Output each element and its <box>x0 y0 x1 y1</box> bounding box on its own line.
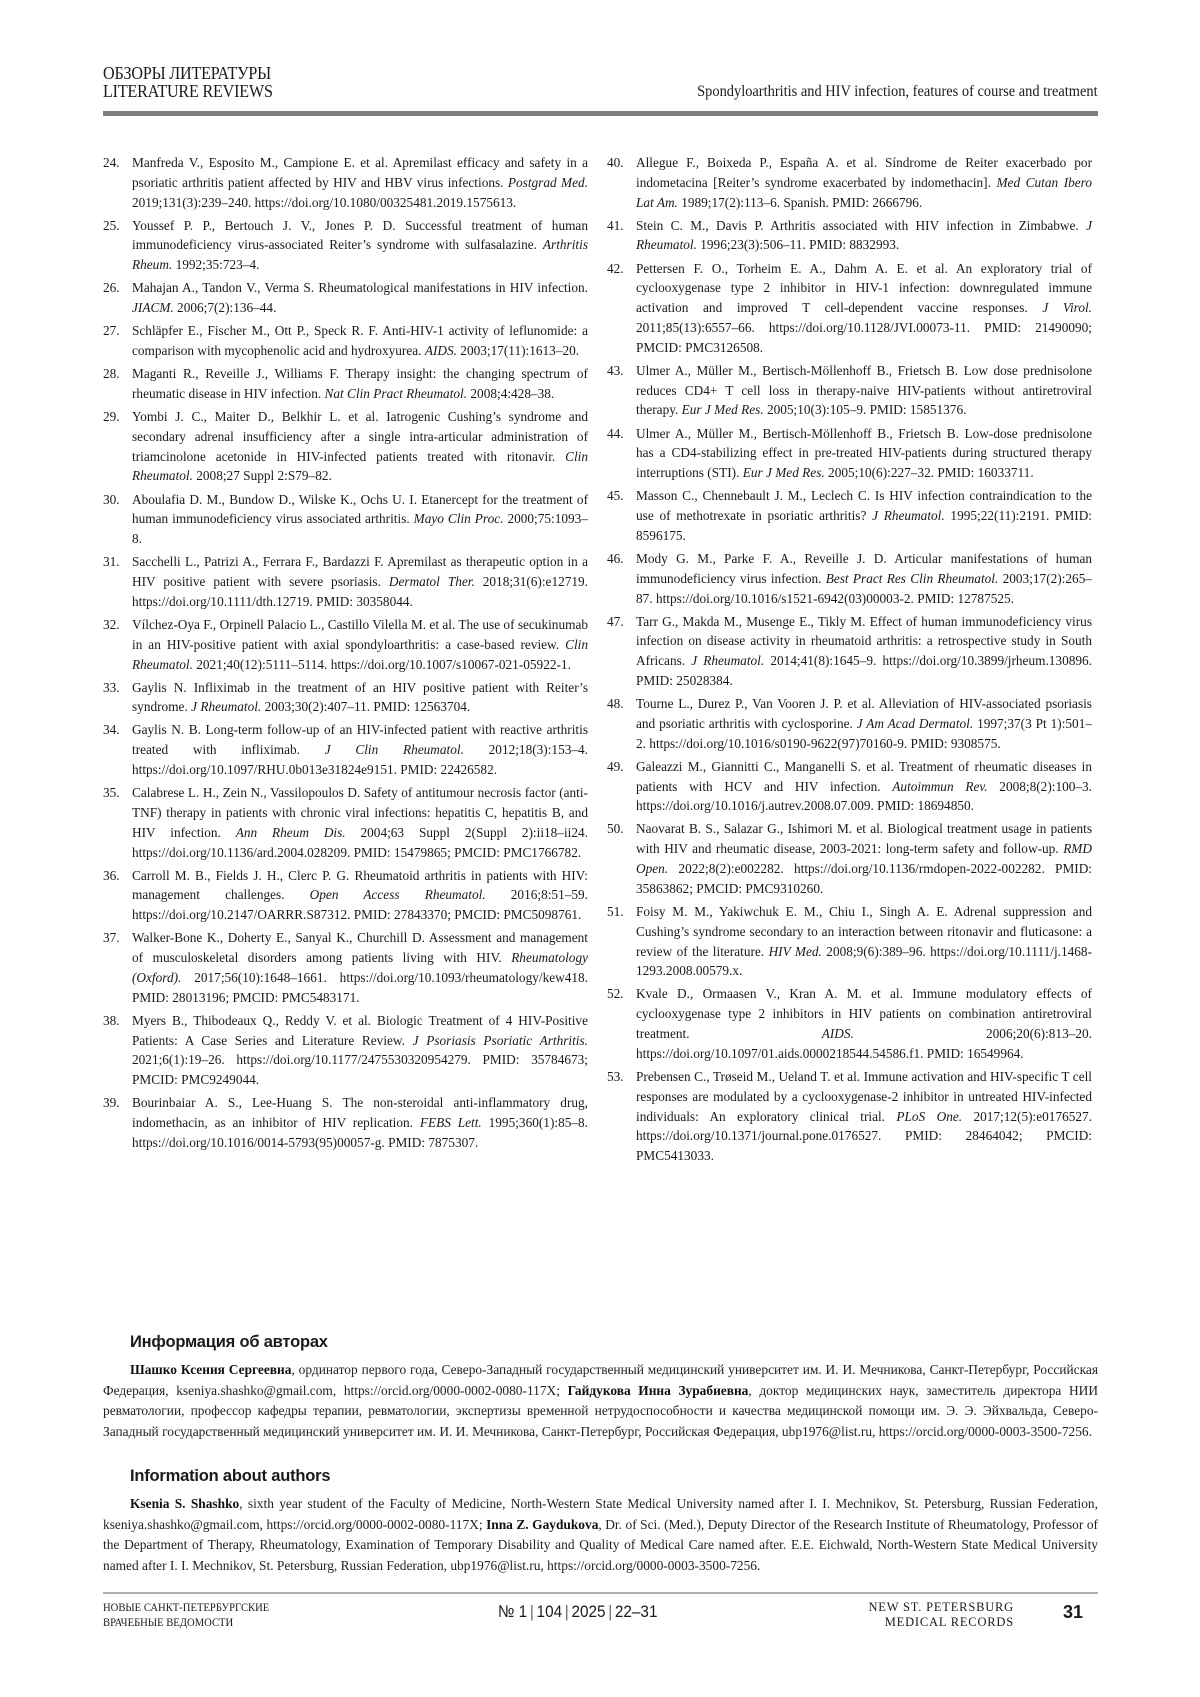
journal-name-ru: НОВЫЕ САНКТ-ПЕТЕРБУРГСКИЕ ВРАЧЕБНЫЕ ВЕДО… <box>103 1600 269 1630</box>
reference-item: 27.Schläpfer E., Fischer M., Ott P., Spe… <box>103 321 588 361</box>
reference-number: 26. <box>103 278 120 298</box>
reference-journal: Mayo Clin Proc. <box>414 511 504 526</box>
reference-item: 30.Aboulafia D. M., Bundow D., Wilske K.… <box>103 490 588 549</box>
reference-journal: Eur J Med Res. <box>743 465 825 480</box>
journal-page: ОБЗОРЫ ЛИТЕРАТУРЫ LITERATURE REVIEWS Spo… <box>0 0 1200 1697</box>
reference-journal: Open Access Rheumatol. <box>310 887 486 902</box>
reference-number: 35. <box>103 783 120 803</box>
reference-number: 51. <box>607 902 624 922</box>
reference-details: 2017;56(10):1648–1661. https://doi.org/1… <box>132 970 588 1005</box>
reference-details: 2003;30(2):407–11. PMID: 12563704. <box>261 699 470 714</box>
reference-item: 50.Naovarat B. S., Salazar G., Ishimori … <box>607 819 1092 898</box>
reference-number: 53. <box>607 1067 624 1087</box>
author-info-en-text: Ksenia S. Shashko, sixth year student of… <box>103 1494 1098 1576</box>
reference-number: 52. <box>607 984 624 1004</box>
reference-details: 2003;17(11):1613–20. <box>457 343 579 358</box>
reference-journal: J Clin Rheumatol. <box>325 742 464 757</box>
reference-number: 41. <box>607 216 624 236</box>
author1-name-en: Ksenia S. Shashko <box>130 1496 239 1511</box>
reference-journal: Dermatol Ther. <box>389 574 475 589</box>
reference-details: 2019;131(3):239–240. https://doi.org/10.… <box>132 195 516 210</box>
references-left-column: 24.Manfreda V., Esposito M., Campione E.… <box>103 153 588 1156</box>
reference-journal: J Rheumatol. <box>872 508 945 523</box>
reference-journal: J Am Acad Dermatol. <box>857 716 973 731</box>
journal-name-en-line2: MEDICAL RECORDS <box>868 1615 1014 1630</box>
reference-item: 29.Yombi J. C., Maiter D., Belkhir L. et… <box>103 407 588 486</box>
reference-item: 38.Myers B., Thibodeaux Q., Reddy V. et … <box>103 1011 588 1090</box>
journal-name-en-line1: NEW ST. PETERSBURG <box>868 1600 1014 1615</box>
page-range: 22–31 <box>615 1602 658 1621</box>
separator: | <box>606 1602 615 1621</box>
reference-text: Galeazzi M., Giannitti C., Manganelli S.… <box>636 757 1092 816</box>
reference-item: 46.Mody G. M., Parke F. A., Reveille J. … <box>607 549 1092 608</box>
reference-number: 45. <box>607 486 624 506</box>
reference-details: 2021;40(12):5111–5114. https://doi.org/1… <box>193 657 571 672</box>
reference-text: Youssef P. P., Bertouch J. V., Jones P. … <box>132 216 588 275</box>
reference-journal: Eur J Med Res. <box>682 402 764 417</box>
reference-text: Sacchelli L., Patrizi A., Ferrara F., Ba… <box>132 552 588 611</box>
reference-number: 39. <box>103 1093 120 1113</box>
reference-journal: J Psoriasis Psoriatic Arthritis. <box>413 1033 588 1048</box>
journal-name-en: NEW ST. PETERSBURG MEDICAL RECORDS <box>868 1600 1014 1630</box>
reference-journal: Ann Rheum Dis. <box>236 825 346 840</box>
separator: | <box>527 1602 536 1621</box>
reference-journal: Autoimmun Rev. <box>892 779 987 794</box>
reference-number: 31. <box>103 552 120 572</box>
reference-item: 32.Vílchez-Oya F., Orpinell Palacio L., … <box>103 615 588 674</box>
year: 2025 <box>571 1602 605 1621</box>
author-info-ru-heading: Информация об авторах <box>130 1333 1098 1352</box>
reference-text: Manfreda V., Esposito M., Campione E. et… <box>132 153 588 212</box>
reference-text: Prebensen C., Trøseid M., Ueland T. et a… <box>636 1067 1092 1166</box>
reference-item: 34.Gaylis N. B. Long-term follow-up of a… <box>103 720 588 779</box>
reference-number: 50. <box>607 819 624 839</box>
reference-journal: Best Pract Res Clin Rheumatol. <box>826 571 999 586</box>
page-header: ОБЗОРЫ ЛИТЕРАТУРЫ LITERATURE REVIEWS Spo… <box>103 64 1098 100</box>
reference-text: Vílchez-Oya F., Orpinell Palacio L., Cas… <box>132 615 588 674</box>
reference-text: Bourinbaiar A. S., Lee-Huang S. The non-… <box>132 1093 588 1152</box>
reference-text: Ulmer A., Müller M., Bertisch-Möllenhoff… <box>636 424 1092 483</box>
reference-number: 48. <box>607 694 624 714</box>
reference-journal: AIDS. <box>822 1026 854 1041</box>
reference-details: 2008;27 Suppl 2:S79–82. <box>193 468 332 483</box>
reference-number: 46. <box>607 549 624 569</box>
reference-details: 1996;23(3):506–11. PMID: 8832993. <box>697 237 899 252</box>
reference-details: 1992;35:723–4. <box>172 257 259 272</box>
reference-item: 26.Mahajan A., Tandon V., Verma S. Rheum… <box>103 278 588 318</box>
reference-number: 28. <box>103 364 120 384</box>
reference-details: 2021;6(1):19–26. https://doi.org/10.1177… <box>132 1052 588 1087</box>
reference-number: 47. <box>607 612 624 632</box>
reference-number: 40. <box>607 153 624 173</box>
reference-item: 42.Pettersen F. O., Torheim E. A., Dahm … <box>607 259 1092 358</box>
reference-item: 48.Tourne L., Durez P., Van Vooren J. P.… <box>607 694 1092 753</box>
header-divider <box>103 111 1098 116</box>
reference-text: Pettersen F. O., Torheim E. A., Dahm A. … <box>636 259 1092 358</box>
reference-text: Schläpfer E., Fischer M., Ott P., Speck … <box>132 321 588 361</box>
reference-details: 2011;85(13):6557–66. https://doi.org/10.… <box>636 320 1092 355</box>
reference-text: Aboulafia D. M., Bundow D., Wilske K., O… <box>132 490 588 549</box>
reference-text: Ulmer A., Müller M., Bertisch-Möllenhoff… <box>636 361 1092 420</box>
reference-details: 2022;8(2):e002282. https://doi.org/10.11… <box>636 861 1092 896</box>
reference-citation: Pettersen F. O., Torheim E. A., Dahm A. … <box>636 261 1092 316</box>
reference-text: Tarr G., Makda M., Musenge E., Tikly M. … <box>636 612 1092 691</box>
reference-text: Foisy M. M., Yakiwchuk E. M., Chiu I., S… <box>636 902 1092 981</box>
reference-details: 1989;17(2):113–6. Spanish. PMID: 2666796… <box>678 195 922 210</box>
reference-number: 36. <box>103 866 120 886</box>
journal-name-ru-line2: ВРАЧЕБНЫЕ ВЕДОМОСТИ <box>103 1615 269 1630</box>
reference-citation: Yombi J. C., Maiter D., Belkhir L. et al… <box>132 409 588 464</box>
reference-journal: AIDS. <box>425 343 457 358</box>
reference-item: 36.Carroll M. B., Fields J. H., Clerc P.… <box>103 866 588 925</box>
reference-journal: FEBS Lett. <box>420 1115 482 1130</box>
reference-journal: JIACM. <box>132 300 174 315</box>
reference-text: Walker-Bone K., Doherty E., Sanyal K., C… <box>132 928 588 1007</box>
reference-item: 40.Allegue F., Boixeda P., España A. et … <box>607 153 1092 212</box>
reference-item: 47.Tarr G., Makda M., Musenge E., Tikly … <box>607 612 1092 691</box>
reference-item: 39.Bourinbaiar A. S., Lee-Huang S. The n… <box>103 1093 588 1152</box>
reference-details: 2005;10(3):105–9. PMID: 15851376. <box>764 402 967 417</box>
footer-divider <box>103 1592 1098 1594</box>
reference-text: Maganti R., Reveille J., Williams F. The… <box>132 364 588 404</box>
author2-name-ru: Гайдукова Инна Зурабиевна <box>568 1383 749 1398</box>
reference-text: Gaylis N. Infliximab in the treatment of… <box>132 678 588 718</box>
reference-journal: PLoS One. <box>896 1109 962 1124</box>
reference-text: Mahajan A., Tandon V., Verma S. Rheumato… <box>132 278 588 318</box>
reference-item: 41.Stein C. M., Davis P. Arthritis assoc… <box>607 216 1092 256</box>
reference-text: Mody G. M., Parke F. A., Reveille J. D. … <box>636 549 1092 608</box>
reference-text: Masson C., Chennebault J. M., Leclech C.… <box>636 486 1092 545</box>
reference-number: 37. <box>103 928 120 948</box>
author-info-ru: Информация об авторах Шашко Ксения Серге… <box>103 1333 1098 1442</box>
journal-name-ru-line1: НОВЫЕ САНКТ-ПЕТЕРБУРГСКИЕ <box>103 1600 269 1615</box>
reference-citation: Youssef P. P., Bertouch J. V., Jones P. … <box>132 218 588 253</box>
reference-item: 31.Sacchelli L., Patrizi A., Ferrara F.,… <box>103 552 588 611</box>
author-info-en: Information about authors Ksenia S. Shas… <box>103 1467 1098 1576</box>
reference-details: 2008;4:428–38. <box>467 386 554 401</box>
author-info-ru-text: Шашко Ксения Сергеевна, ординатор первог… <box>103 1360 1098 1442</box>
reference-text: Kvale D., Ormaasen V., Kran A. M. et al.… <box>636 984 1092 1063</box>
author1-name-ru: Шашко Ксения Сергеевна <box>130 1362 291 1377</box>
reference-journal: HIV Med. <box>769 944 822 959</box>
reference-journal: Postgrad Med. <box>508 175 588 190</box>
reference-number: 29. <box>103 407 120 427</box>
reference-text: Yombi J. C., Maiter D., Belkhir L. et al… <box>132 407 588 486</box>
reference-text: Stein C. M., Davis P. Arthritis associat… <box>636 216 1092 256</box>
reference-number: 33. <box>103 678 120 698</box>
reference-number: 43. <box>607 361 624 381</box>
reference-item: 49.Galeazzi M., Giannitti C., Manganelli… <box>607 757 1092 816</box>
reference-item: 51.Foisy M. M., Yakiwchuk E. M., Chiu I.… <box>607 902 1092 981</box>
reference-item: 45.Masson C., Chennebault J. M., Leclech… <box>607 486 1092 545</box>
reference-text: Calabrese L. H., Zein N., Vassilopoulos … <box>132 783 588 862</box>
reference-journal: J Rheumatol. <box>191 699 261 714</box>
reference-text: Naovarat B. S., Salazar G., Ishimori M. … <box>636 819 1092 898</box>
reference-details: 2006;7(2):136–44. <box>174 300 277 315</box>
volume: 104 <box>537 1602 563 1621</box>
reference-item: 43.Ulmer A., Müller M., Bertisch-Möllenh… <box>607 361 1092 420</box>
reference-item: 44.Ulmer A., Müller M., Bertisch-Möllenh… <box>607 424 1092 483</box>
reference-number: 25. <box>103 216 120 236</box>
reference-number: 49. <box>607 757 624 777</box>
page-number: 31 <box>1063 1602 1083 1623</box>
reference-journal: Nat Clin Pract Rheumatol. <box>325 386 468 401</box>
author2-name-en: Inna Z. Gaydukova <box>486 1517 598 1532</box>
reference-citation: Naovarat B. S., Salazar G., Ishimori M. … <box>636 821 1092 856</box>
reference-item: 53.Prebensen C., Trøseid M., Ueland T. e… <box>607 1067 1092 1166</box>
author-info-en-heading: Information about authors <box>130 1467 1098 1486</box>
running-title: Spondyloarthritis and HIV infection, fea… <box>698 83 1098 101</box>
reference-item: 24.Manfreda V., Esposito M., Campione E.… <box>103 153 588 212</box>
reference-number: 32. <box>103 615 120 635</box>
reference-journal: J Virol. <box>1042 300 1092 315</box>
reference-number: 38. <box>103 1011 120 1031</box>
reference-number: 34. <box>103 720 120 740</box>
section-title-ru: ОБЗОРЫ ЛИТЕРАТУРЫ <box>103 64 1018 82</box>
reference-citation: Vílchez-Oya F., Orpinell Palacio L., Cas… <box>132 617 588 652</box>
issue-number: № 1 <box>498 1602 527 1621</box>
reference-item: 25.Youssef P. P., Bertouch J. V., Jones … <box>103 216 588 275</box>
reference-text: Carroll M. B., Fields J. H., Clerc P. G.… <box>132 866 588 925</box>
reference-item: 28.Maganti R., Reveille J., Williams F. … <box>103 364 588 404</box>
reference-number: 30. <box>103 490 120 510</box>
reference-text: Myers B., Thibodeaux Q., Reddy V. et al.… <box>132 1011 588 1090</box>
reference-details: 2005;10(6):227–32. PMID: 16033711. <box>825 465 1034 480</box>
reference-text: Allegue F., Boixeda P., España A. et al.… <box>636 153 1092 212</box>
separator: | <box>562 1602 571 1621</box>
reference-number: 27. <box>103 321 120 341</box>
reference-number: 44. <box>607 424 624 444</box>
reference-item: 33.Gaylis N. Infliximab in the treatment… <box>103 678 588 718</box>
reference-citation: Stein C. M., Davis P. Arthritis associat… <box>636 218 1086 233</box>
reference-text: Gaylis N. B. Long-term follow-up of an H… <box>132 720 588 779</box>
reference-citation: Mahajan A., Tandon V., Verma S. Rheumato… <box>132 280 588 295</box>
reference-item: 35.Calabrese L. H., Zein N., Vassilopoul… <box>103 783 588 862</box>
reference-item: 52.Kvale D., Ormaasen V., Kran A. M. et … <box>607 984 1092 1063</box>
references-right-column: 40.Allegue F., Boixeda P., España A. et … <box>607 153 1092 1169</box>
reference-journal: J Rheumatol. <box>691 653 764 668</box>
issue-info: № 1|104|2025|22–31 <box>498 1602 657 1622</box>
reference-item: 37.Walker-Bone K., Doherty E., Sanyal K.… <box>103 928 588 1007</box>
reference-text: Tourne L., Durez P., Van Vooren J. P. et… <box>636 694 1092 753</box>
reference-number: 42. <box>607 259 624 279</box>
reference-number: 24. <box>103 153 120 173</box>
